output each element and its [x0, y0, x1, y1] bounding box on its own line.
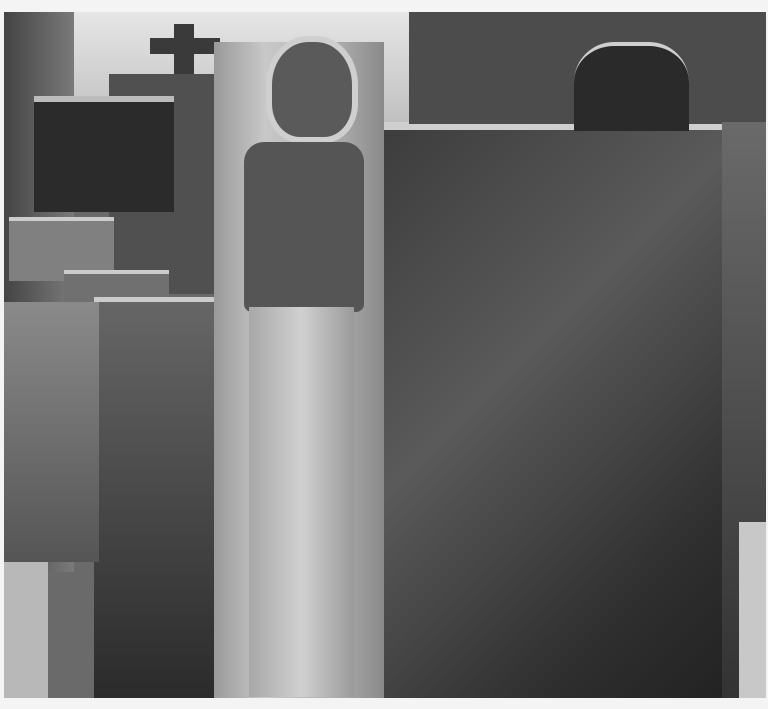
ghostly-figure-head: [272, 42, 352, 137]
left-mid-fog: [4, 302, 99, 562]
large-dark-slab: [384, 122, 722, 698]
lower-left-light: [4, 557, 48, 698]
ghostly-figure-torso: [244, 142, 364, 312]
rounded-tombstone: [574, 42, 689, 131]
right-lower-light: [739, 522, 766, 698]
cross-arm: [150, 38, 220, 54]
tombstone-lower-left: [94, 297, 219, 698]
artwork-print: [4, 12, 766, 698]
ghostly-figure-legs: [249, 307, 354, 697]
tombstone-dark: [34, 96, 174, 212]
